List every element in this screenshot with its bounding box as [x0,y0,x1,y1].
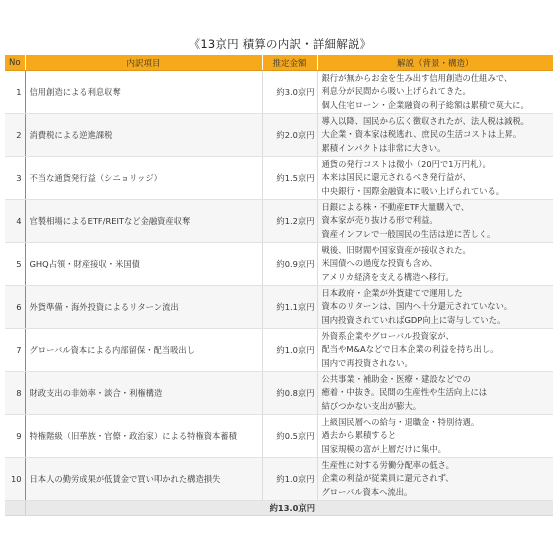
column-header-amount: 推定金額 [262,55,317,71]
row-number: 4 [5,200,25,243]
description-line: 利息分が民間から吸い上げられてきた。 [322,85,554,98]
description-line: 外資系企業やグローバル投資家が、 [322,330,554,343]
description-line: 戦後、旧財閥や国家資産が接収された。 [322,244,554,257]
description-line: 本来は国民に還元されるべき発行益が、 [322,171,554,184]
row-item: 消費税による逆進課税 [25,114,262,157]
row-amount: 約3.0京円 [262,71,317,114]
page-title: 《13京円 積算の内訳・詳細解説》 [0,36,560,52]
row-description: 上級国民層への給与・退職金・特別待遇。 過去から累積すると 国家規模の富が上層だ… [317,415,553,458]
column-header-no: No [5,55,25,71]
table-row: 7 グローバル資本による内部留保・配当吸出し 約1.0京円 外資系企業やグローバ… [5,329,553,372]
total-amount: 約13.0京円 [262,501,317,516]
row-amount: 約2.0京円 [262,114,317,157]
row-description: 日本政府・企業が外貨建てで運用した 資本のリターンは、国内へ十分還元されていない… [317,286,553,329]
row-number: 2 [5,114,25,157]
row-number: 7 [5,329,25,372]
description-line: 国家規模の富が上層だけに集中。 [322,443,554,456]
row-item: 日本人の勤労成果が低賃金で買い叩かれた構造損失 [25,458,262,501]
table-row: 8 財政支出の非効率・談合・利権構造 約0.8京円 公共事業・補助金・医療・建設… [5,372,553,415]
table-row: 1 信用創造による利息収奪 約3.0京円 銀行が無からお金を生み出す信用創造の仕… [5,71,553,114]
row-amount: 約1.1京円 [262,286,317,329]
row-item: 外貨準備・海外投資によるリターン流出 [25,286,262,329]
description-line: 日本政府・企業が外貨建てで運用した [322,287,554,300]
description-line: 結びつかない支出が膨大。 [322,400,554,413]
row-item: 特権階級（旧華族・官僚・政治家）による特権資本蓄積 [25,415,262,458]
table-row: 3 不当な通貨発行益（シニョリッジ） 約1.5京円 通貨の発行コストは微小（20… [5,157,553,200]
description-line: 生産性に対する労働分配率の低さ。 [322,459,554,472]
description-line: 癒着・中抜き。民間の生産性や生活向上には [322,386,554,399]
row-number: 3 [5,157,25,200]
description-line: 中央銀行・国際金融資本に吸い上げられている。 [322,185,554,198]
description-line: 資本のリターンは、国内へ十分還元されていない。 [322,300,554,313]
description-line: グローバル資本へ流出。 [322,486,554,499]
column-header-description: 解説（背景・構造） [317,55,553,71]
row-number: 8 [5,372,25,415]
description-line: 過去から累積すると [322,429,554,442]
row-amount: 約0.5京円 [262,415,317,458]
row-amount: 約0.8京円 [262,372,317,415]
table-row: 4 官製相場によるETF/REITなど金融資産収奪 約1.2京円 日銀による株・… [5,200,553,243]
description-line: アメリカ経済を支える構造へ移行。 [322,271,554,284]
description-line: 国内投資されていればGDP向上に寄与していた。 [322,314,554,327]
table-row: 10 日本人の勤労成果が低賃金で買い叩かれた構造損失 約1.0京円 生産性に対す… [5,458,553,501]
table-row: 2 消費税による逆進課税 約2.0京円 導入以降、国民から広く徴収されたが、法人… [5,114,553,157]
description-line: 導入以降、国民から広く徴収されたが、法人税は減税。 [322,115,554,128]
row-number: 1 [5,71,25,114]
column-header-item: 内訳項目 [25,55,262,71]
description-line: 国内で再投資されない。 [322,357,554,370]
row-description: 導入以降、国民から広く徴収されたが、法人税は減税。 大企業・資本家は税逃れ、庶民… [317,114,553,157]
table-header-row: No 内訳項目 推定金額 解説（背景・構造） [5,55,553,71]
row-number: 9 [5,415,25,458]
row-amount: 約0.9京円 [262,243,317,286]
row-description: 公共事業・補助金・医療・建設などでの 癒着・中抜き。民間の生産性や生活向上には … [317,372,553,415]
table-row: 5 GHQ占領・財産接収・米国債 約0.9京円 戦後、旧財閥や国家資産が接収され… [5,243,553,286]
row-description: 銀行が無からお金を生み出す信用創造の仕組みで、 利息分が民間から吸い上げられてき… [317,71,553,114]
row-item: GHQ占領・財産接収・米国債 [25,243,262,286]
row-number: 6 [5,286,25,329]
total-row-item-cell [25,501,262,516]
total-row-no-cell [5,501,25,516]
description-line: 資産インフレで一般国民の生活は逆に苦しく。 [322,228,554,241]
description-line: 銀行が無からお金を生み出す信用創造の仕組みで、 [322,72,554,85]
description-line: 大企業・資本家は税逃れ、庶民の生活コストは上昇。 [322,128,554,141]
description-line: 個人住宅ローン・企業融資の利子総額は累積で莫大に。 [322,99,554,112]
total-row-description-cell [317,501,553,516]
row-amount: 約1.0京円 [262,458,317,501]
row-description: 戦後、旧財閥や国家資産が接収された。 米国債への過度な投資も含め、 アメリカ経済… [317,243,553,286]
description-line: 日銀による株・不動産ETF大量購入で、 [322,201,554,214]
description-line: 通貨の発行コストは微小（20円で1万円札）。 [322,158,554,171]
row-item: 信用創造による利息収奪 [25,71,262,114]
row-description: 日銀による株・不動産ETF大量購入で、 資本家が売り抜ける形で利益。 資産インフ… [317,200,553,243]
row-description: 生産性に対する労働分配率の低さ。 企業の利益が従業員に還元されず、 グローバル資… [317,458,553,501]
row-number: 5 [5,243,25,286]
row-item: 財政支出の非効率・談合・利権構造 [25,372,262,415]
row-description: 通貨の発行コストは微小（20円で1万円札）。 本来は国民に還元されるべき発行益が… [317,157,553,200]
description-line: 配当やM&Aなどで日本企業の利益を持ち出し。 [322,343,554,356]
description-line: 資本家が売り抜ける形で利益。 [322,214,554,227]
row-item: グローバル資本による内部留保・配当吸出し [25,329,262,372]
row-amount: 約1.5京円 [262,157,317,200]
description-line: 米国債への過度な投資も含め、 [322,257,554,270]
row-item: 官製相場によるETF/REITなど金融資産収奪 [25,200,262,243]
row-number: 10 [5,458,25,501]
row-item: 不当な通貨発行益（シニョリッジ） [25,157,262,200]
description-line: 企業の利益が従業員に還元されず、 [322,472,554,485]
total-row: 約13.0京円 [5,501,553,516]
breakdown-table: No 内訳項目 推定金額 解説（背景・構造） 1 信用創造による利息収奪 約3.… [5,55,553,516]
description-line: 公共事業・補助金・医療・建設などでの [322,373,554,386]
table-row: 6 外貨準備・海外投資によるリターン流出 約1.1京円 日本政府・企業が外貨建て… [5,286,553,329]
description-line: 上級国民層への給与・退職金・特別待遇。 [322,416,554,429]
row-amount: 約1.2京円 [262,200,317,243]
row-amount: 約1.0京円 [262,329,317,372]
row-description: 外資系企業やグローバル投資家が、 配当やM&Aなどで日本企業の利益を持ち出し。 … [317,329,553,372]
description-line: 累積インパクトは非常に大きい。 [322,142,554,155]
table-row: 9 特権階級（旧華族・官僚・政治家）による特権資本蓄積 約0.5京円 上級国民層… [5,415,553,458]
